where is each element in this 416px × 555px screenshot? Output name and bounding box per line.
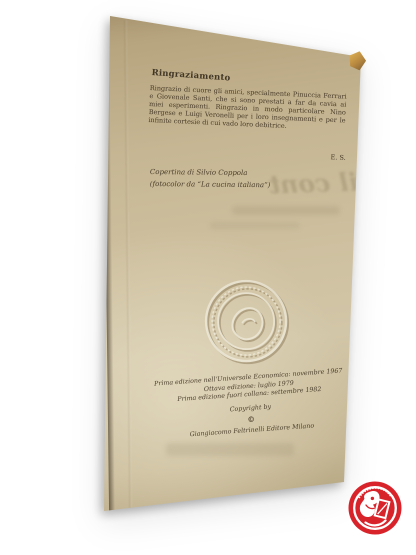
show-through-smudge xyxy=(232,206,340,215)
book-page-shadow: Ringraziamento Ringrazio di cuore gli am… xyxy=(0,0,416,555)
show-through-title-text: il cont xyxy=(212,167,359,201)
book-page: Ringraziamento Ringrazio di cuore gli am… xyxy=(0,0,416,555)
page-spine-shadow xyxy=(103,14,115,513)
colophon-block: Prima edizione nell'Universale Economica… xyxy=(140,366,360,442)
embossed-seal-icon xyxy=(199,274,295,370)
product-photo: Ringraziamento Ringrazio di cuore gli am… xyxy=(0,0,416,555)
author-initials: E. S. xyxy=(150,147,346,162)
page-crease xyxy=(123,20,132,508)
acknowledgments-heading: Ringraziamento xyxy=(151,68,230,83)
show-through-smudge xyxy=(210,222,300,229)
acknowledgments-paragraph: Ringrazio di cuore gli amici, specialmen… xyxy=(148,84,347,133)
show-through-smudge xyxy=(166,443,294,456)
seller-watermark-logo-icon xyxy=(346,479,404,537)
